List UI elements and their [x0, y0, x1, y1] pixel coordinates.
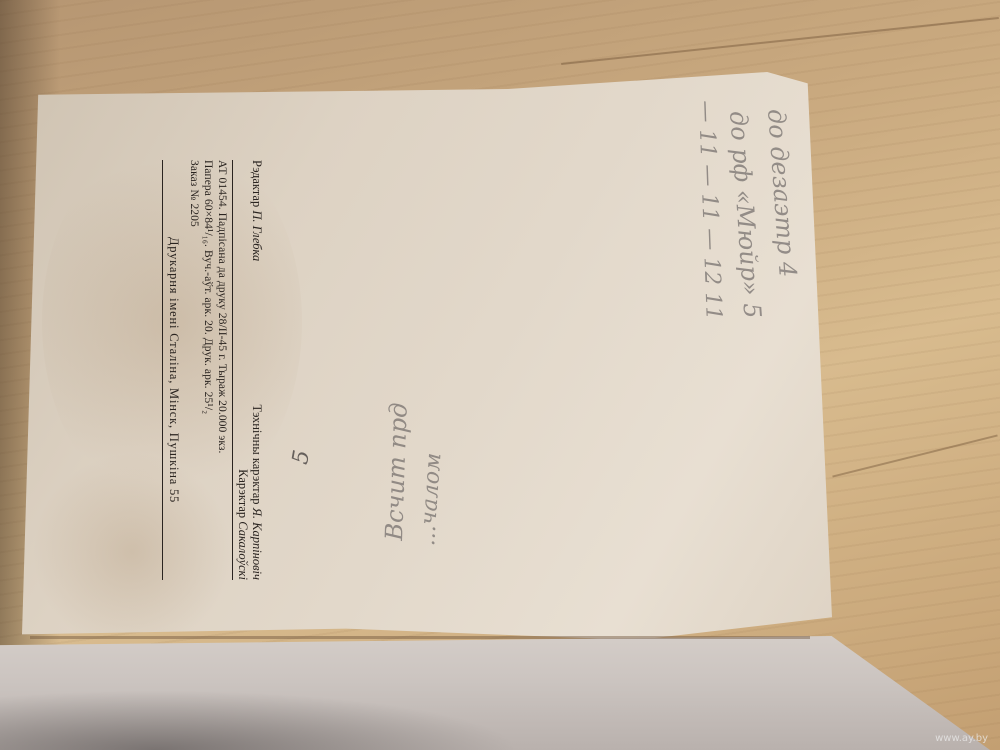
handwritten-note: Всчит прд	[380, 402, 413, 541]
editor-credit: Рэдактар П. Глебка	[250, 160, 264, 261]
imprint-line-1: АТ 01454. Падпісана да друку 28/II-45 г.…	[215, 160, 229, 580]
colophon-imprint: Рэдактар П. Глебка Тэхнічны карэктар Я. …	[164, 160, 264, 580]
divider	[232, 160, 233, 580]
imprint-line-3: Заказ № 2205	[187, 160, 201, 580]
printer-line: Друкарня імені Сталіна, Мінск, Пушкіна 5…	[167, 160, 181, 580]
corrector-label: Карэктар	[236, 469, 250, 518]
shadow	[0, 690, 520, 750]
tech-editor-label: Тэхнічны карэктар	[250, 404, 264, 504]
credits-row-2: Карэктар Сакалоўскі	[236, 160, 250, 580]
credits-row-1: Рэдактар П. Глебка Тэхнічны карэктар Я. …	[250, 160, 264, 580]
corrector-credit: Карэктар Сакалоўскі	[236, 469, 250, 580]
page-gutter	[30, 636, 810, 639]
watermark: www.ay.by	[935, 733, 988, 744]
editor-label: Рэдактар	[250, 160, 264, 207]
editor-name: П. Глебка	[250, 210, 264, 261]
tech-editor-credit: Тэхнічны карэктар Я. Карпіновіч	[250, 404, 264, 580]
corrector-name: Сакалоўскі	[236, 521, 250, 580]
imprint-line-2: Папера 60×84¹/₁₆. Вуч.-аўт. арк. 20. Дру…	[201, 160, 215, 580]
tech-editor-name: Я. Карпіновіч	[250, 508, 264, 580]
divider	[162, 160, 163, 580]
